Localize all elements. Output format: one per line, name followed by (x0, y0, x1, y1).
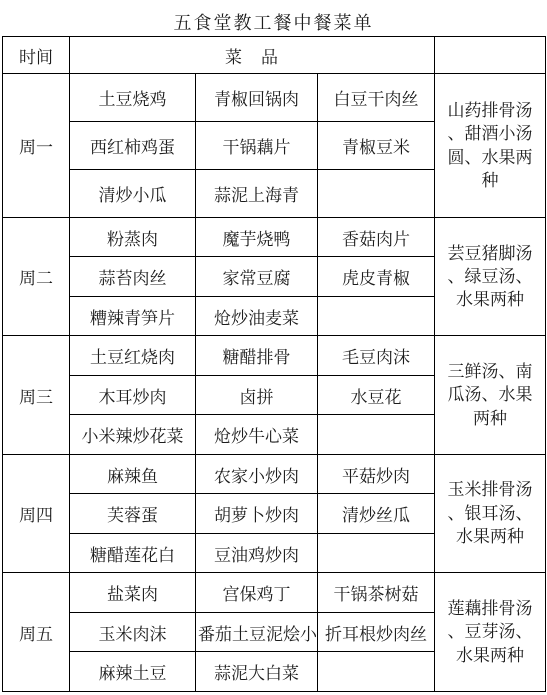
table-row: 周五 盐菜肉 宫保鸡丁 干锅茶树菇 莲藕排骨汤、豆芽汤、水果两种 (3, 573, 546, 612)
soup-cell-thursday: 玉米排骨汤、银耳汤、水果两种 (435, 454, 546, 572)
dish-cell: 折耳根炒肉丝 (318, 612, 435, 651)
dish-cell: 糖醋排骨 (196, 336, 318, 375)
dish-cell: 木耳炒肉 (70, 375, 196, 414)
dish-cell: 糟辣青笋片 (70, 296, 196, 335)
dishes-header-cell: 菜 品 (70, 37, 435, 74)
dish-cell: 玉米肉沫 (70, 612, 196, 651)
table-row: 周三 土豆红烧肉 糖醋排骨 毛豆肉沫 三鲜汤、南瓜汤、水果两种 (3, 336, 546, 375)
dish-cell: 虎皮青椒 (318, 257, 435, 296)
dish-cell: 平菇炒肉 (318, 454, 435, 493)
dish-cell-empty (318, 533, 435, 572)
soup-cell-wednesday: 三鲜汤、南瓜汤、水果两种 (435, 336, 546, 454)
dish-cell: 芙蓉蛋 (70, 494, 196, 533)
day-label-thursday: 周四 (3, 454, 70, 572)
dish-cell: 土豆红烧肉 (70, 336, 196, 375)
empty-header-cell (435, 37, 546, 74)
dish-cell-overflowing: 番茄土豆泥烩小圆 (196, 612, 318, 651)
dish-cell: 粉蒸肉 (70, 218, 196, 257)
dish-cell: 炝炒牛心菜 (196, 415, 318, 454)
dish-cell: 青椒回锅肉 (196, 74, 318, 122)
dish-cell-empty (318, 296, 435, 335)
day-label-monday: 周一 (3, 74, 70, 218)
dish-cell-empty (318, 169, 435, 217)
dish-cell: 宫保鸡丁 (196, 573, 318, 612)
dish-cell: 毛豆肉沫 (318, 336, 435, 375)
dish-cell: 青椒豆米 (318, 121, 435, 169)
dish-cell: 魔芋烧鸭 (196, 218, 318, 257)
table-row: 周二 粉蒸肉 魔芋烧鸭 香菇肉片 芸豆猪脚汤、绿豆汤、水果两种 (3, 218, 546, 257)
table-row: 周四 麻辣鱼 农家小炒肉 平菇炒肉 玉米排骨汤、银耳汤、水果两种 (3, 454, 546, 493)
dish-cell: 炝炒油麦菜 (196, 296, 318, 335)
dish-cell: 农家小炒肉 (196, 454, 318, 493)
dish-cell: 土豆烧鸡 (70, 74, 196, 122)
dish-cell: 蒜苔肉丝 (70, 257, 196, 296)
dish-cell: 清炒小瓜 (70, 169, 196, 217)
dish-cell: 麻辣鱼 (70, 454, 196, 493)
dish-cell: 豆油鸡炒肉 (196, 533, 318, 572)
dish-cell: 清炒丝瓜 (318, 494, 435, 533)
day-label-wednesday: 周三 (3, 336, 70, 454)
dish-cell: 胡萝卜炒肉 (196, 494, 318, 533)
dish-cell: 香菇肉片 (318, 218, 435, 257)
day-label-friday: 周五 (3, 573, 70, 692)
soup-cell-monday: 山药排骨汤、甜酒小汤圆、水果两种 (435, 74, 546, 218)
soup-cell-friday: 莲藕排骨汤、豆芽汤、水果两种 (435, 573, 546, 692)
day-label-tuesday: 周二 (3, 218, 70, 336)
soup-cell-tuesday: 芸豆猪脚汤、绿豆汤、水果两种 (435, 218, 546, 336)
dish-cell: 卤拼 (196, 375, 318, 414)
dish-cell: 西红柿鸡蛋 (70, 121, 196, 169)
dish-cell: 麻辣土豆 (70, 652, 196, 692)
dish-cell: 小米辣炒花菜 (70, 415, 196, 454)
time-header-cell: 时间 (3, 37, 70, 74)
dish-cell: 蒜泥上海青 (196, 169, 318, 217)
dish-cell: 干锅藕片 (196, 121, 318, 169)
menu-table: 时间 菜 品 周一 土豆烧鸡 青椒回锅肉 白豆干肉丝 山药排骨汤、甜酒小汤圆、水… (2, 36, 546, 692)
menu-document: 五食堂教工餐中餐菜单 时间 菜 品 周一 土豆烧鸡 青椒回锅肉 白豆干肉丝 山药… (0, 0, 547, 695)
table-header-row: 时间 菜 品 (3, 37, 546, 74)
dish-cell: 家常豆腐 (196, 257, 318, 296)
dish-cell-empty (318, 652, 435, 692)
dish-cell: 盐菜肉 (70, 573, 196, 612)
dish-cell: 水豆花 (318, 375, 435, 414)
dish-cell: 糖醋莲花白 (70, 533, 196, 572)
page-title: 五食堂教工餐中餐菜单 (0, 0, 547, 36)
table-row: 周一 土豆烧鸡 青椒回锅肉 白豆干肉丝 山药排骨汤、甜酒小汤圆、水果两种 (3, 74, 546, 122)
dish-cell: 蒜泥大白菜 (196, 652, 318, 692)
dish-cell: 白豆干肉丝 (318, 74, 435, 122)
dish-cell-empty (318, 415, 435, 454)
dish-cell: 干锅茶树菇 (318, 573, 435, 612)
